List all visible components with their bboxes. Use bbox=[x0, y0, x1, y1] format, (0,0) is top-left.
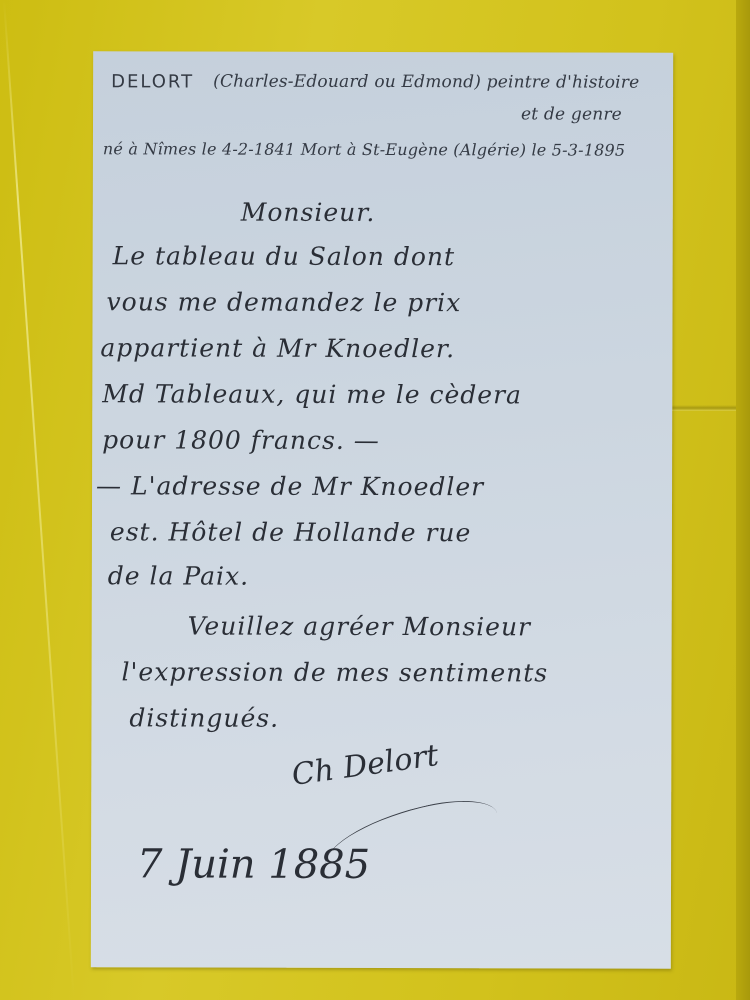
letter-line: vous me demandez le prix bbox=[107, 287, 462, 317]
backing-edge-band bbox=[736, 0, 750, 1000]
annotation-genre: et de genre bbox=[521, 104, 622, 124]
backing-fold bbox=[672, 405, 736, 411]
letter-line: — L'adresse de Mr Knoedler bbox=[96, 471, 484, 501]
letter-closing-line: distingués. bbox=[129, 703, 279, 732]
backing-crease bbox=[3, 0, 75, 1000]
annotation-birth-death: né à Nîmes le 4-2-1841 Mort à St-Eugène … bbox=[103, 139, 625, 159]
letter-line: Le tableau du Salon dont bbox=[113, 241, 455, 271]
letter-date: 7 Juin 1885 bbox=[137, 841, 370, 888]
letter-closing-line: Veuillez agréer Monsieur bbox=[188, 611, 531, 641]
letter-line: est. Hôtel de Hollande rue bbox=[110, 517, 471, 547]
letter-line: appartient à Mr Knoedler. bbox=[100, 333, 455, 363]
letter-salutation: Monsieur. bbox=[241, 198, 376, 227]
letter-line: Md Tableaux, qui me le cèdera bbox=[102, 379, 522, 409]
annotation-surname: DELORT bbox=[111, 71, 194, 92]
letter-sheet: DELORT (Charles-Edouard ou Edmond) peint… bbox=[91, 51, 673, 969]
signature: Ch Delort bbox=[290, 738, 441, 793]
annotation-fullname-title: (Charles-Edouard ou Edmond) peintre d'hi… bbox=[213, 72, 639, 93]
letter-line: pour 1800 francs. — bbox=[102, 425, 380, 455]
letter-line: de la Paix. bbox=[108, 561, 249, 590]
letter-closing-line: l'expression de mes sentiments bbox=[122, 657, 549, 687]
